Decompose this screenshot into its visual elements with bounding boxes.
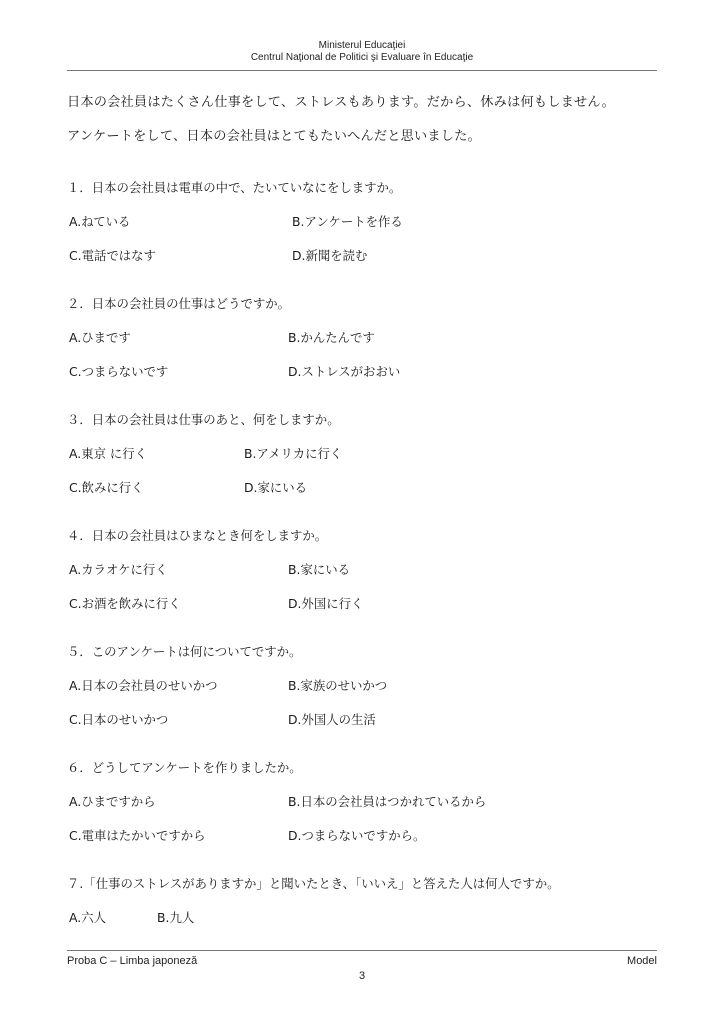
q3-option-d: D.家にいる	[244, 480, 307, 495]
question-6: ６．どうしてアンケートを作りましたか。	[67, 760, 302, 775]
question-4: ４．日本の会社員はひまなとき何をしますか。	[67, 528, 327, 543]
q1-option-b: B.アンケートを作る	[292, 214, 403, 229]
footer-model-label: Model	[627, 955, 657, 967]
q5-option-b: B.家族のせいかつ	[288, 678, 387, 693]
q2-option-d: D.ストレスがおおい	[288, 364, 400, 379]
question-2: ２．日本の会社員の仕事はどうですか。	[67, 296, 290, 311]
q4-option-a: A.カラオケに行く	[69, 562, 168, 577]
header-divider	[67, 70, 657, 71]
q1-option-c: C.電話ではなす	[69, 248, 156, 263]
question-7: ７.「仕事のストレスがありますか」と聞いたとき、「いいえ」と答えた人は何人ですか…	[67, 876, 560, 891]
q3-option-c: C.飲みに行く	[69, 480, 144, 495]
intro-line-1: 日本の会社員はたくさん仕事をして、ストレスもあります。だから、休みは何もしません…	[67, 95, 615, 111]
question-5: ５．このアンケートは何についてですか。	[67, 644, 301, 659]
footer-divider	[67, 950, 657, 951]
q7-option-b: B.九人	[157, 910, 194, 925]
header-center: Centrul Naţional de Politici şi Evaluare…	[67, 52, 657, 64]
footer-exam-label: Proba C – Limba japoneză	[67, 955, 197, 967]
q3-option-b: B.アメリカに行く	[244, 446, 342, 461]
q6-option-d: D.つまらないですから。	[288, 828, 425, 843]
q7-option-a: A.六人	[69, 910, 106, 925]
q6-option-b: B.日本の会社員はつかれているから	[288, 794, 486, 809]
q5-option-c: C.日本のせいかつ	[69, 712, 168, 727]
q4-option-d: D.外国に行く	[288, 596, 363, 611]
q6-option-a: A.ひまですから	[69, 794, 156, 809]
q3-option-a: A.東京 に行く	[69, 446, 147, 461]
q1-option-d: D.新聞を読む	[292, 248, 367, 263]
q5-option-d: D.外国人の生活	[288, 712, 376, 727]
page-number: 3	[0, 970, 724, 982]
header-ministry: Ministerul Educaţiei	[67, 40, 657, 52]
q2-option-a: A.ひまです	[69, 330, 131, 345]
question-1: １．日本の会社員は電車の中で、たいていなにをしますか。	[67, 180, 401, 195]
intro-line-2: アンケートをして、日本の会社員はとてもたいへんだと思いました。	[67, 129, 481, 145]
q4-option-b: B.家にいる	[288, 562, 350, 577]
page-header: Ministerul Educaţiei Centrul Naţional de…	[67, 40, 657, 64]
q4-option-c: C.お酒を飲みに行く	[69, 596, 181, 611]
q6-option-c: C.電車はたかいですから	[69, 828, 206, 843]
q1-option-a: A.ねている	[69, 214, 130, 229]
q5-option-a: A.日本の会社員のせいかつ	[69, 678, 218, 693]
q2-option-b: B.かんたんです	[288, 330, 375, 345]
q2-option-c: C.つまらないです	[69, 364, 168, 379]
question-3: ３．日本の会社員は仕事のあと、何をしますか。	[67, 412, 340, 427]
